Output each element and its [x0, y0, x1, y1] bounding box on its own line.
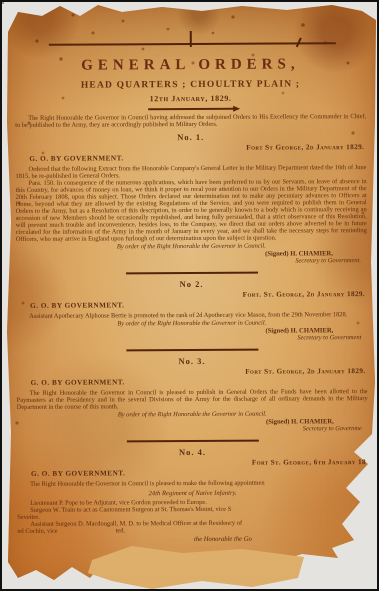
order-heading: G. O. BY GOVERNMENT. — [29, 153, 366, 163]
torn-text: ted. — [116, 527, 125, 534]
arrow-divider — [148, 108, 234, 110]
stain-speckles — [2, 2, 4, 4]
secretary-line: Secretary to Government — [16, 334, 361, 343]
order-heading: G. O. BY GOVERNMENT. — [31, 377, 368, 387]
order-place-date: Fort St. George, 6th January 18 — [17, 458, 366, 468]
appointment-continuation: nd Cochin, viceted. — [17, 526, 368, 535]
top-rule — [49, 42, 336, 46]
order-section-4: No. 4. Fort St. George, 6th January 18 G… — [17, 446, 368, 544]
order-section-2: No 2. Fort. St. George, 2d January 1829.… — [16, 278, 367, 343]
order-paragraph: The Right Honorable the Governor in Coun… — [17, 479, 368, 488]
order-heading: G. O. BY GOVERNMENT. — [30, 300, 367, 310]
order-number: No. 3. — [16, 355, 367, 367]
ink-mark — [296, 37, 302, 47]
order-number: No 2. — [16, 278, 367, 290]
order-section-3: No. 3. Fort St. George, 2d January 1829.… — [16, 355, 367, 434]
document-content: GENERAL ORDERS, HEAD QUARTERS ; CHOULTRY… — [15, 1, 369, 544]
section-divider — [125, 272, 257, 275]
page-subtitle: HEAD QUARTERS ; CHOULTRY PLAIN ; — [15, 79, 366, 91]
page-title: GENERAL ORDERS, — [15, 56, 366, 75]
order-paragraph: The Right Honorable the Governor in Coun… — [17, 388, 368, 411]
order-paragraph: Para. 150. In consequence of the numerou… — [16, 178, 367, 243]
torn-text: nd Cochin, vice — [17, 528, 57, 535]
binder-mark — [189, 31, 191, 47]
order-section-1: No. 1. Fort St George, 2d January 1829. … — [15, 131, 367, 266]
preamble-paragraph: The Right Honorable the Governor in Coun… — [15, 113, 366, 129]
secretary-line: Secretary to Governme — [17, 425, 362, 434]
order-place-date: Fort St George, 2d January 1829. — [15, 143, 364, 153]
order-number: No. 1. — [15, 131, 366, 143]
photo-frame: GENERAL ORDERS, HEAD QUARTERS ; CHOULTRY… — [0, 0, 379, 591]
order-heading: G. O. BY GOVERNMENT. — [31, 468, 368, 478]
order-number: No. 4. — [17, 446, 368, 458]
section-divider — [126, 349, 258, 352]
secretary-line: Secretary to Government. — [16, 257, 361, 266]
header-date: 12th January, 1829. — [15, 93, 366, 104]
order-place-date: Fort. St. George, 2d January 1829. — [16, 290, 365, 300]
regiment-heading: 24th Regiment of Native Infantry. — [17, 489, 368, 498]
section-divider — [126, 440, 258, 443]
order-place-date: Fort St. George, 2d January 1829. — [17, 367, 366, 377]
